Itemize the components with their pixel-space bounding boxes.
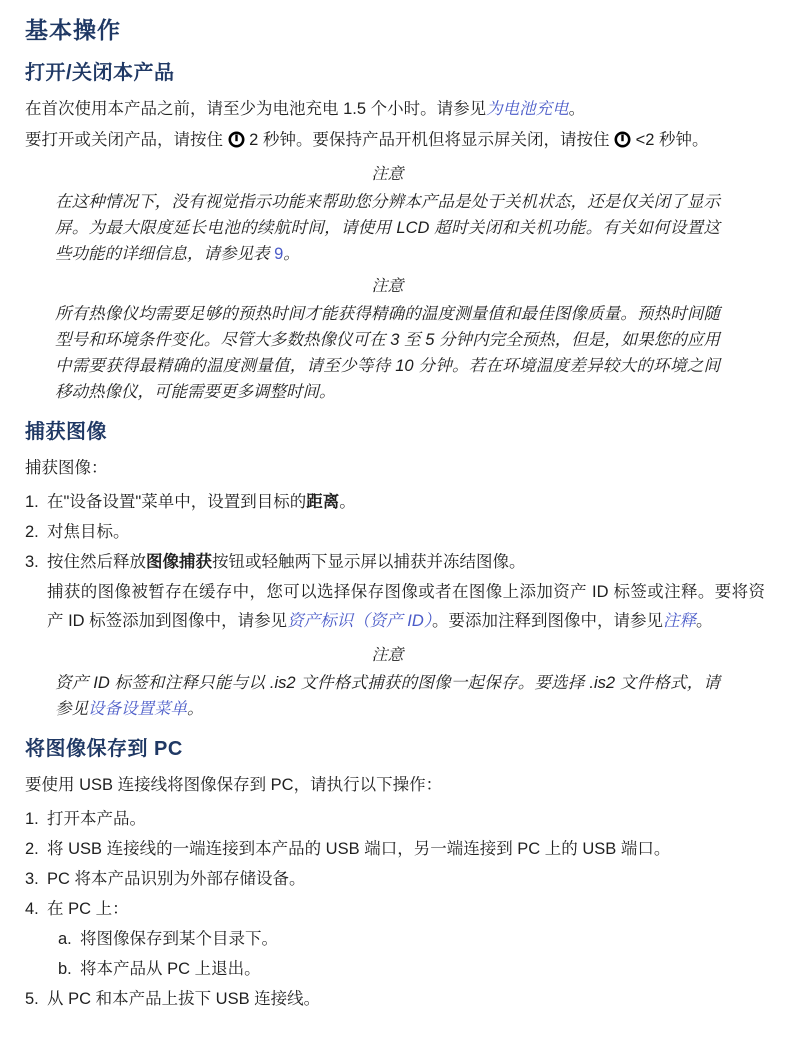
list-item: 5. 从 PC 和本产品上拔下 USB 连接线。 [25,985,765,1013]
link-device-settings-menu[interactable]: 设备设置菜单 [88,700,187,718]
list-item-sub: b. 将本产品从 PC 上退出。 [58,955,765,983]
note-label: 注意 [55,276,720,298]
bold-image-capture: 图像捕获 [146,553,212,571]
list-item: 1. 打开本产品。 [25,805,765,833]
list-item: 3. PC 将本产品识别为外部存储设备。 [25,865,765,893]
section-heading-power: 打开/关闭本产品 [25,59,765,87]
power-button-icon [228,131,245,148]
link-table-9[interactable]: 9 [274,245,283,263]
save-steps-list: 1. 打开本产品。 2. 将 USB 连接线的一端连接到本产品的 USB 端口，… [25,805,765,1013]
step-text: 将 USB 连接线的一端连接到本产品的 USB 端口，另一端连接到 PC 上的 … [47,835,670,863]
page-title: 基本操作 [25,14,765,46]
power-button-icon [614,131,631,148]
step-number: 3. [25,865,47,893]
section-heading-capture: 捕获图像 [25,418,765,446]
step-number: 3. [25,548,47,576]
step-number: 5. [25,985,47,1013]
link-charge-battery[interactable]: 为电池充电 [486,100,569,118]
charge-text: 在首次使用本产品之前，请至少为电池充电 1.5 个小时。请参见 [25,100,486,118]
step-text: 将本产品从 PC 上退出。 [80,955,261,983]
note-block-warmup: 所有热像仪均需要足够的预热时间才能获得精确的温度测量值和最佳图像质量。预热时间随… [55,301,720,405]
link-asset-id[interactable]: 资产标识（资产 ID） [287,612,432,630]
step-letter: a. [58,925,80,953]
step-text: 打开本产品。 [47,805,146,833]
capture-intro: 捕获图像： [25,454,765,483]
list-item: 1. 在"设备设置"菜单中，设置到目标的距离。 [25,488,765,516]
step-number: 2. [25,835,47,863]
step-text: 将图像保存到某个目录下。 [80,925,278,953]
list-item: 2. 将 USB 连接线的一端连接到本产品的 USB 端口，另一端连接到 PC … [25,835,765,863]
save-intro: 要使用 USB 连接线将图像保存到 PC，请执行以下操作： [25,771,765,800]
paragraph-charge-battery: 在首次使用本产品之前，请至少为电池充电 1.5 个小时。请参见为电池充电。 [25,95,765,124]
step-text: 对焦目标。 [47,518,130,546]
section-heading-save-to-pc: 将图像保存到 PC [25,735,765,763]
list-item: 4. 在 PC 上： [25,895,765,923]
power-text-1: 要打开或关闭产品，请按住 [25,131,228,149]
manual-page: 基本操作 打开/关闭本产品 在首次使用本产品之前，请至少为电池充电 1.5 个小… [0,0,790,1023]
list-item: 2. 对焦目标。 [25,518,765,546]
power-text-3: <2 秒钟。 [636,131,709,149]
step-letter: b. [58,955,80,983]
capture-detail-paragraph: 捕获的图像被暂存在缓存中，您可以选择保存图像或者在图像上添加资产 ID 标签或注… [47,578,765,636]
step-text: PC 将本产品识别为外部存储设备。 [47,865,306,893]
step-text: 从 PC 和本产品上拔下 USB 连接线。 [47,985,320,1013]
note-label: 注意 [55,645,720,667]
list-item: 3. 按住然后释放图像捕获按钮或轻触两下显示屏以捕获并冻结图像。 [25,548,765,576]
list-item-sub: a. 将图像保存到某个目录下。 [58,925,765,953]
paragraph-power-onoff: 要打开或关闭产品，请按住 2 秒钟。要保持产品开机但将显示屏关闭，请按住 <2 … [25,126,765,155]
capture-steps-list: 1. 在"设备设置"菜单中，设置到目标的距离。 2. 对焦目标。 3. 按住然后… [25,488,765,576]
step-number: 1. [25,805,47,833]
note1-text: 在这种情况下，没有视觉指示功能来帮助您分辨本产品是处于关机状态，还是仅关闭了显示… [55,193,720,263]
bold-distance: 距离 [306,493,339,511]
link-annotations[interactable]: 注释 [663,612,696,630]
step-number: 2. [25,518,47,546]
note-block-display-off: 在这种情况下，没有视觉指示功能来帮助您分辨本产品是处于关机状态，还是仅关闭了显示… [55,189,720,267]
charge-text-end: 。 [569,100,586,118]
note1-text-end: 。 [283,245,300,263]
step-number: 1. [25,488,47,516]
power-text-2: 2 秒钟。要保持产品开机但将显示屏关闭，请按住 [245,131,614,149]
note-block-is2-format: 资产 ID 标签和注释只能与以 .is2 文件格式捕获的图像一起保存。要选择 .… [55,670,720,722]
step-text: 按住然后释放图像捕获按钮或轻触两下显示屏以捕获并冻结图像。 [47,548,526,576]
step-text: 在 PC 上： [47,895,129,923]
note-label: 注意 [55,164,720,186]
step-text: 在"设备设置"菜单中，设置到目标的距离。 [47,488,356,516]
step-number: 4. [25,895,47,923]
